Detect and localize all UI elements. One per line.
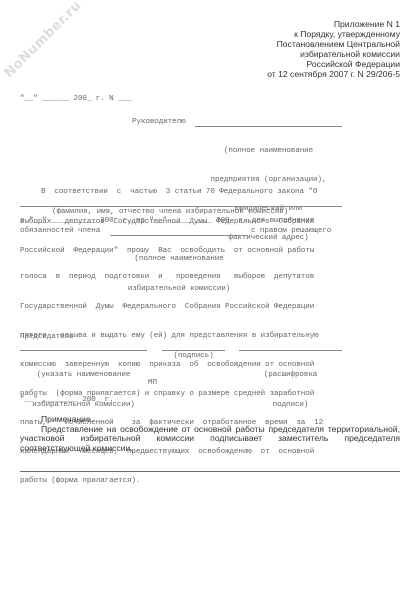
appendix-header: Приложение N 1 к Порядку, утвержденному …: [267, 19, 400, 80]
period-line: с "__" __________ 200_ г. по "__" ______…: [20, 217, 314, 225]
header-line: Постановлением Центральной: [267, 39, 400, 49]
chairman-label: Председатель: [20, 333, 73, 341]
signature-date-line: "__" ________ 200_ г.: [20, 396, 114, 404]
body-line: В соответствии с частью 3 статьи 70 Феде…: [20, 188, 317, 198]
addressee-field-line[interactable]: [195, 126, 342, 127]
watermark: NoNumber.ru: [2, 0, 85, 81]
header-line: Приложение N 1: [267, 19, 400, 29]
chairman-commission-field[interactable]: [20, 350, 147, 351]
header-line: Российской Федерации: [267, 59, 400, 69]
addressee-label: Руководителю: [132, 118, 185, 126]
commission-name-hint: (указать наименование избирательной коми…: [20, 352, 147, 420]
note-section: Примечание. Представление на освобождени…: [20, 415, 400, 453]
header-line: избирательной комиссии: [267, 49, 400, 59]
document-date-number: "__" ______ 200_ г. N ___: [20, 95, 131, 103]
duties-label: обязанностей члена: [20, 227, 100, 235]
hint-line: (указать наименование: [20, 371, 147, 381]
decisive-vote-label: с правом решающего: [251, 227, 331, 235]
header-line: к Порядку, утвержденному: [267, 29, 400, 39]
body-line: голоса в период подготовки и проведения …: [20, 273, 323, 283]
body-line: Государственной Думы Федерального Собран…: [20, 303, 323, 313]
fio-field-line[interactable]: [20, 206, 342, 207]
body-line: работы (форма прилагается).: [20, 477, 323, 487]
fio-hint: (фамилия, имя, отчество члена избиратель…: [52, 208, 288, 216]
signature-hint: (подпись): [162, 352, 225, 360]
hint-line: (расшифровка: [239, 371, 342, 381]
signature-decode-hint: (расшифровка подписи): [239, 352, 342, 420]
signature-field[interactable]: [162, 350, 225, 351]
header-line: от 12 сентября 2007 г. N 29/206-5: [267, 69, 400, 79]
note-text: Представление на освобождение от основно…: [20, 425, 400, 454]
signature-decode-field[interactable]: [239, 350, 342, 351]
page-bottom-rule: [20, 471, 400, 472]
hint-line: подписи): [239, 401, 342, 411]
hint-line: (полное наименование: [195, 147, 342, 157]
stamp-label: МП: [148, 379, 157, 387]
